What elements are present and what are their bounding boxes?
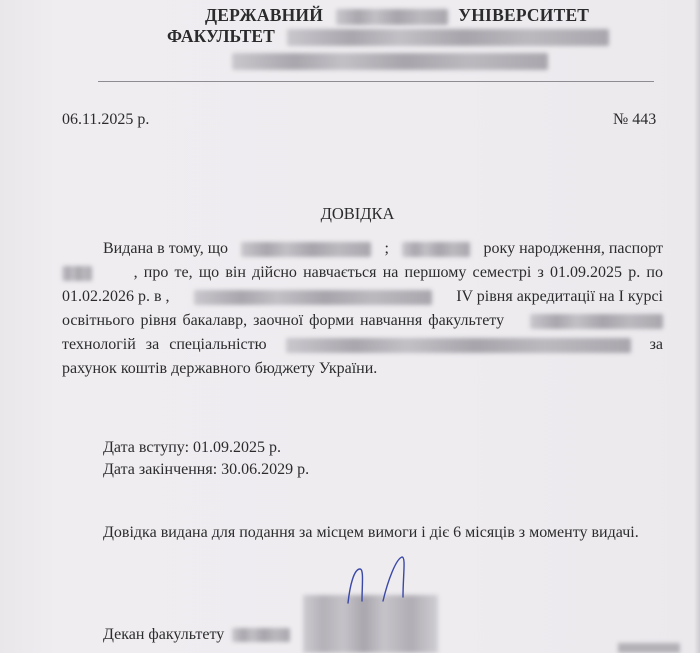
page-edge [694, 0, 700, 653]
redacted-specialty [286, 338, 631, 353]
body-text: 01.02.2026 р. в , [62, 288, 170, 306]
document-date: 06.11.2025 р. [62, 111, 149, 129]
body-text: IV рівня акредитації на I курсі [456, 288, 663, 306]
body-line-1: Видана в тому, що ; року народження, пас… [103, 240, 663, 258]
body-text: , про те, що він дійсно навчається на пе… [134, 264, 663, 282]
body-line-6: рахунок коштів державного бюджету Україн… [62, 360, 377, 378]
redacted-passport [62, 266, 92, 281]
redacted-dean-name [618, 643, 680, 653]
university-header: ДЕРЖАВНИЙ УНІВЕРСИТЕТ [205, 5, 589, 26]
body-line-5: технологій за спеціальністю за [62, 336, 663, 354]
body-line-4: освітнього рівня бакалавр, заочної форми… [62, 312, 663, 330]
body-text: ; [385, 240, 389, 258]
redacted-university-name [336, 9, 448, 25]
header-university-label: УНІВЕРСИТЕТ [458, 5, 589, 25]
redacted-birth-date [402, 242, 470, 257]
validity-statement: Довідка видана для подання за місцем вим… [103, 524, 639, 542]
body-text: Видана в тому, що [103, 240, 228, 258]
body-line-3: 01.02.2026 р. в , IV рівня акредитації н… [62, 288, 663, 306]
redacted-faculty-name-cont [232, 53, 548, 70]
body-text: рахунок коштів державного бюджету Україн… [62, 360, 377, 377]
document-title: ДОВІДКА [0, 204, 700, 224]
header-faculty-label: ФАКУЛЬТЕТ [167, 26, 275, 46]
body-line-2: , про те, що він дійсно навчається на пе… [62, 264, 663, 282]
signature-icon [340, 555, 420, 605]
header-divider [98, 81, 654, 82]
redacted-faculty-name [287, 29, 609, 46]
redacted-institution [194, 290, 432, 305]
header-state-label: ДЕРЖАВНИЙ [205, 5, 323, 25]
faculty-header: ФАКУЛЬТЕТ [167, 26, 609, 47]
dean-label: Декан факультету [103, 626, 224, 643]
document-number: № 443 [613, 111, 656, 129]
admission-date: Дата вступу: 01.09.2025 р. [103, 439, 281, 457]
dean-signature-line: Декан факультету [103, 626, 290, 644]
body-text: технологій за спеціальністю [62, 336, 267, 354]
graduation-date: Дата закінчення: 30.06.2029 р. [103, 461, 309, 479]
body-text: року народження, паспорт [484, 240, 663, 258]
redacted-faculty [530, 314, 663, 329]
redacted-student-name [241, 242, 371, 257]
body-text: за [650, 336, 663, 354]
faculty-header-line2 [232, 52, 548, 70]
body-text: освітнього рівня бакалавр, заочної форми… [62, 312, 504, 330]
document-page: ДЕРЖАВНИЙ УНІВЕРСИТЕТ ФАКУЛЬТЕТ 06.11.20… [0, 0, 700, 653]
redacted-dean-faculty [232, 628, 290, 642]
